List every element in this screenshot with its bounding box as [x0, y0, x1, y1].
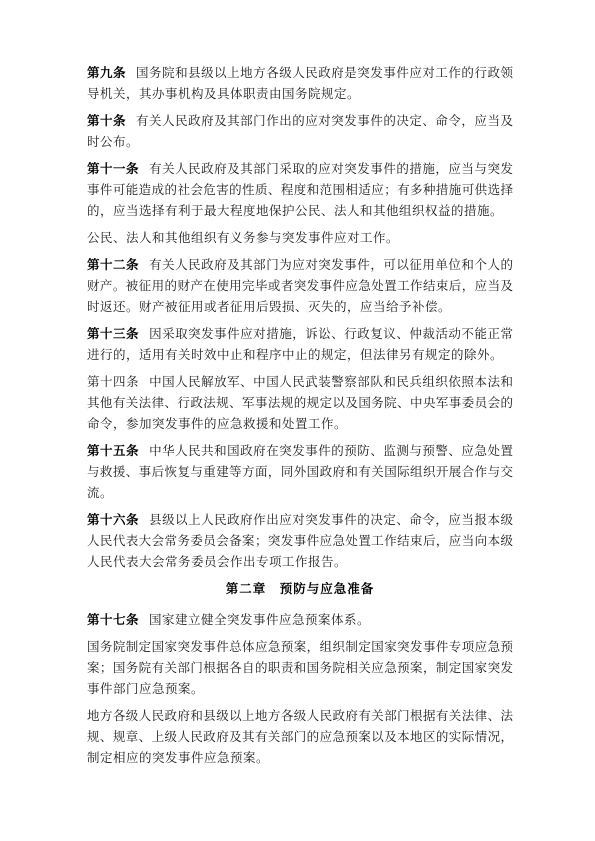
article-block: 第十条有关人民政府及其部门作出的应对突发事件的决定、命令，应当及时公布。: [87, 111, 513, 153]
document-page: 第九条国务院和县级以上地方各级人民政府是突发事件应对工作的行政领导机关，其办事机…: [0, 0, 595, 841]
text-line: 导机关，其办事机构及具体职责由国务院规定。: [87, 84, 513, 105]
article-block: 第十一条有关人民政府及其部门采取的应对突发事件的措施，应当与突发事件可能造成的社…: [87, 159, 513, 222]
article-block: 第十四条中国人民解放军、中国人民武装警察部队和民兵组织依照本法和其他有关法律、行…: [87, 372, 513, 435]
text-line: 规、规章、上级人民政府及其有关部门的应急预案以及本地区的实际情况，: [87, 727, 513, 748]
article-line-text: 有关人民政府及其部门为应对突发事件，可以征用单位和个人的: [149, 258, 513, 272]
text-line: 第九条国务院和县级以上地方各级人民政府是突发事件应对工作的行政领: [87, 63, 513, 84]
text-line: 制定相应的突发事件应急预案。: [87, 748, 513, 769]
paragraph-block: 公民、法人和其他组织有义务参与突发事件应对工作。: [87, 228, 513, 249]
text-line: 时公布。: [87, 132, 513, 153]
article-block: 第九条国务院和县级以上地方各级人民政府是突发事件应对工作的行政领导机关，其办事机…: [87, 63, 513, 105]
text-line: 国务院制定国家突发事件总体应急预案，组织制定国家突发事件专项应急预: [87, 637, 513, 658]
text-line: 与救援、事后恢复与重建等方面，同外国政府和有关国际组织开展合作与交: [87, 462, 513, 483]
text-line: 第十七条国家建立健全突发事件应急预案体系。: [87, 610, 513, 631]
paragraph-block: 国务院制定国家突发事件总体应急预案，组织制定国家突发事件专项应急预案；国务院有关…: [87, 637, 513, 700]
text-line: 第十五条中华人民共和国政府在突发事件的预防、监测与预警、应急处置: [87, 441, 513, 462]
article-line-text: 因采取突发事件应对措施，诉讼、行政复议、仲裁活动不能正常: [149, 327, 513, 341]
article-block: 第十六条县级以上人民政府作出应对突发事件的决定、命令，应当报本级人民代表大会常务…: [87, 510, 513, 573]
article-line-text: 县级以上人民政府作出应对突发事件的决定、命令，应当报本级: [149, 513, 513, 527]
text-line: 第十一条有关人民政府及其部门采取的应对突发事件的措施，应当与突发: [87, 159, 513, 180]
text-line: 第十三条因采取突发事件应对措施，诉讼、行政复议、仲裁活动不能正常: [87, 324, 513, 345]
article-number: 第十六条: [87, 513, 139, 527]
article-number: 第十七条: [87, 613, 139, 627]
text-line: 第十四条中国人民解放军、中国人民武装警察部队和民兵组织依照本法和: [87, 372, 513, 393]
article-block: 第十七条国家建立健全突发事件应急预案体系。: [87, 610, 513, 631]
paragraph-block: 地方各级人民政府和县级以上地方各级人民政府有关部门根据有关法律、法规、规章、上级…: [87, 706, 513, 769]
text-line: 的，应当选择有利于最大程度地保护公民、法人和其他组织权益的措施。: [87, 201, 513, 222]
text-line: 事件部门应急预案。: [87, 679, 513, 700]
article-line-text: 国家建立健全突发事件应急预案体系。: [149, 613, 370, 627]
article-number: 第十二条: [87, 258, 139, 272]
text-line: 人民代表大会常务委员会备案；突发事件应急处置工作结束后，应当向本级: [87, 531, 513, 552]
text-line: 时返还。财产被征用或者征用后毁损、灭失的，应当给予补偿。: [87, 297, 513, 318]
text-line: 地方各级人民政府和县级以上地方各级人民政府有关部门根据有关法律、法: [87, 706, 513, 727]
article-block: 第十三条因采取突发事件应对措施，诉讼、行政复议、仲裁活动不能正常进行的，适用有关…: [87, 324, 513, 366]
text-line: 第十条有关人民政府及其部门作出的应对突发事件的决定、命令，应当及: [87, 111, 513, 132]
text-line: 进行的，适用有关时效中止和程序中止的规定，但法律另有规定的除外。: [87, 345, 513, 366]
article-number: 第十条: [87, 114, 126, 128]
text-line: 第十二条有关人民政府及其部门为应对突发事件，可以征用单位和个人的: [87, 255, 513, 276]
text-line: 命令，参加突发事件的应急救援和处置工作。: [87, 414, 513, 435]
article-line-text: 国务院和县级以上地方各级人民政府是突发事件应对工作的行政领: [136, 66, 513, 80]
chapter-heading-text: 第二章 预防与应急准备: [87, 579, 513, 600]
text-line: 事件可能造成的社会危害的性质、程度和范围相适应；有多种措施可供选择: [87, 180, 513, 201]
article-number: 第九条: [87, 66, 126, 80]
article-line-text: 有关人民政府及其部门作出的应对突发事件的决定、命令，应当及: [136, 114, 513, 128]
article-block: 第十二条有关人民政府及其部门为应对突发事件，可以征用单位和个人的财产。被征用的财…: [87, 255, 513, 318]
text-line: 流。: [87, 483, 513, 504]
text-line: 其他有关法律、行政法规、军事法规的规定以及国务院、中央军事委员会的: [87, 393, 513, 414]
article-number: 第十四条: [87, 375, 139, 389]
article-number: 第十三条: [87, 327, 139, 341]
chapter-heading: 第二章 预防与应急准备: [87, 579, 513, 600]
text-line: 人民代表大会常务委员会作出专项工作报告。: [87, 552, 513, 573]
text-line: 财产。被征用的财产在使用完毕或者突发事件应急处置工作结束后，应当及: [87, 276, 513, 297]
text-line: 案；国务院有关部门根据各自的职责和国务院相关应急预案，制定国家突发: [87, 658, 513, 679]
article-line-text: 中华人民共和国政府在突发事件的预防、监测与预警、应急处置: [149, 444, 513, 458]
article-line-text: 有关人民政府及其部门采取的应对突发事件的措施，应当与突发: [149, 162, 513, 176]
text-line: 公民、法人和其他组织有义务参与突发事件应对工作。: [87, 228, 513, 249]
article-number: 第十五条: [87, 444, 139, 458]
text-line: 第十六条县级以上人民政府作出应对突发事件的决定、命令，应当报本级: [87, 510, 513, 531]
article-line-text: 中国人民解放军、中国人民武装警察部队和民兵组织依照本法和: [149, 375, 513, 389]
article-block: 第十五条中华人民共和国政府在突发事件的预防、监测与预警、应急处置与救援、事后恢复…: [87, 441, 513, 504]
article-number: 第十一条: [87, 162, 139, 176]
